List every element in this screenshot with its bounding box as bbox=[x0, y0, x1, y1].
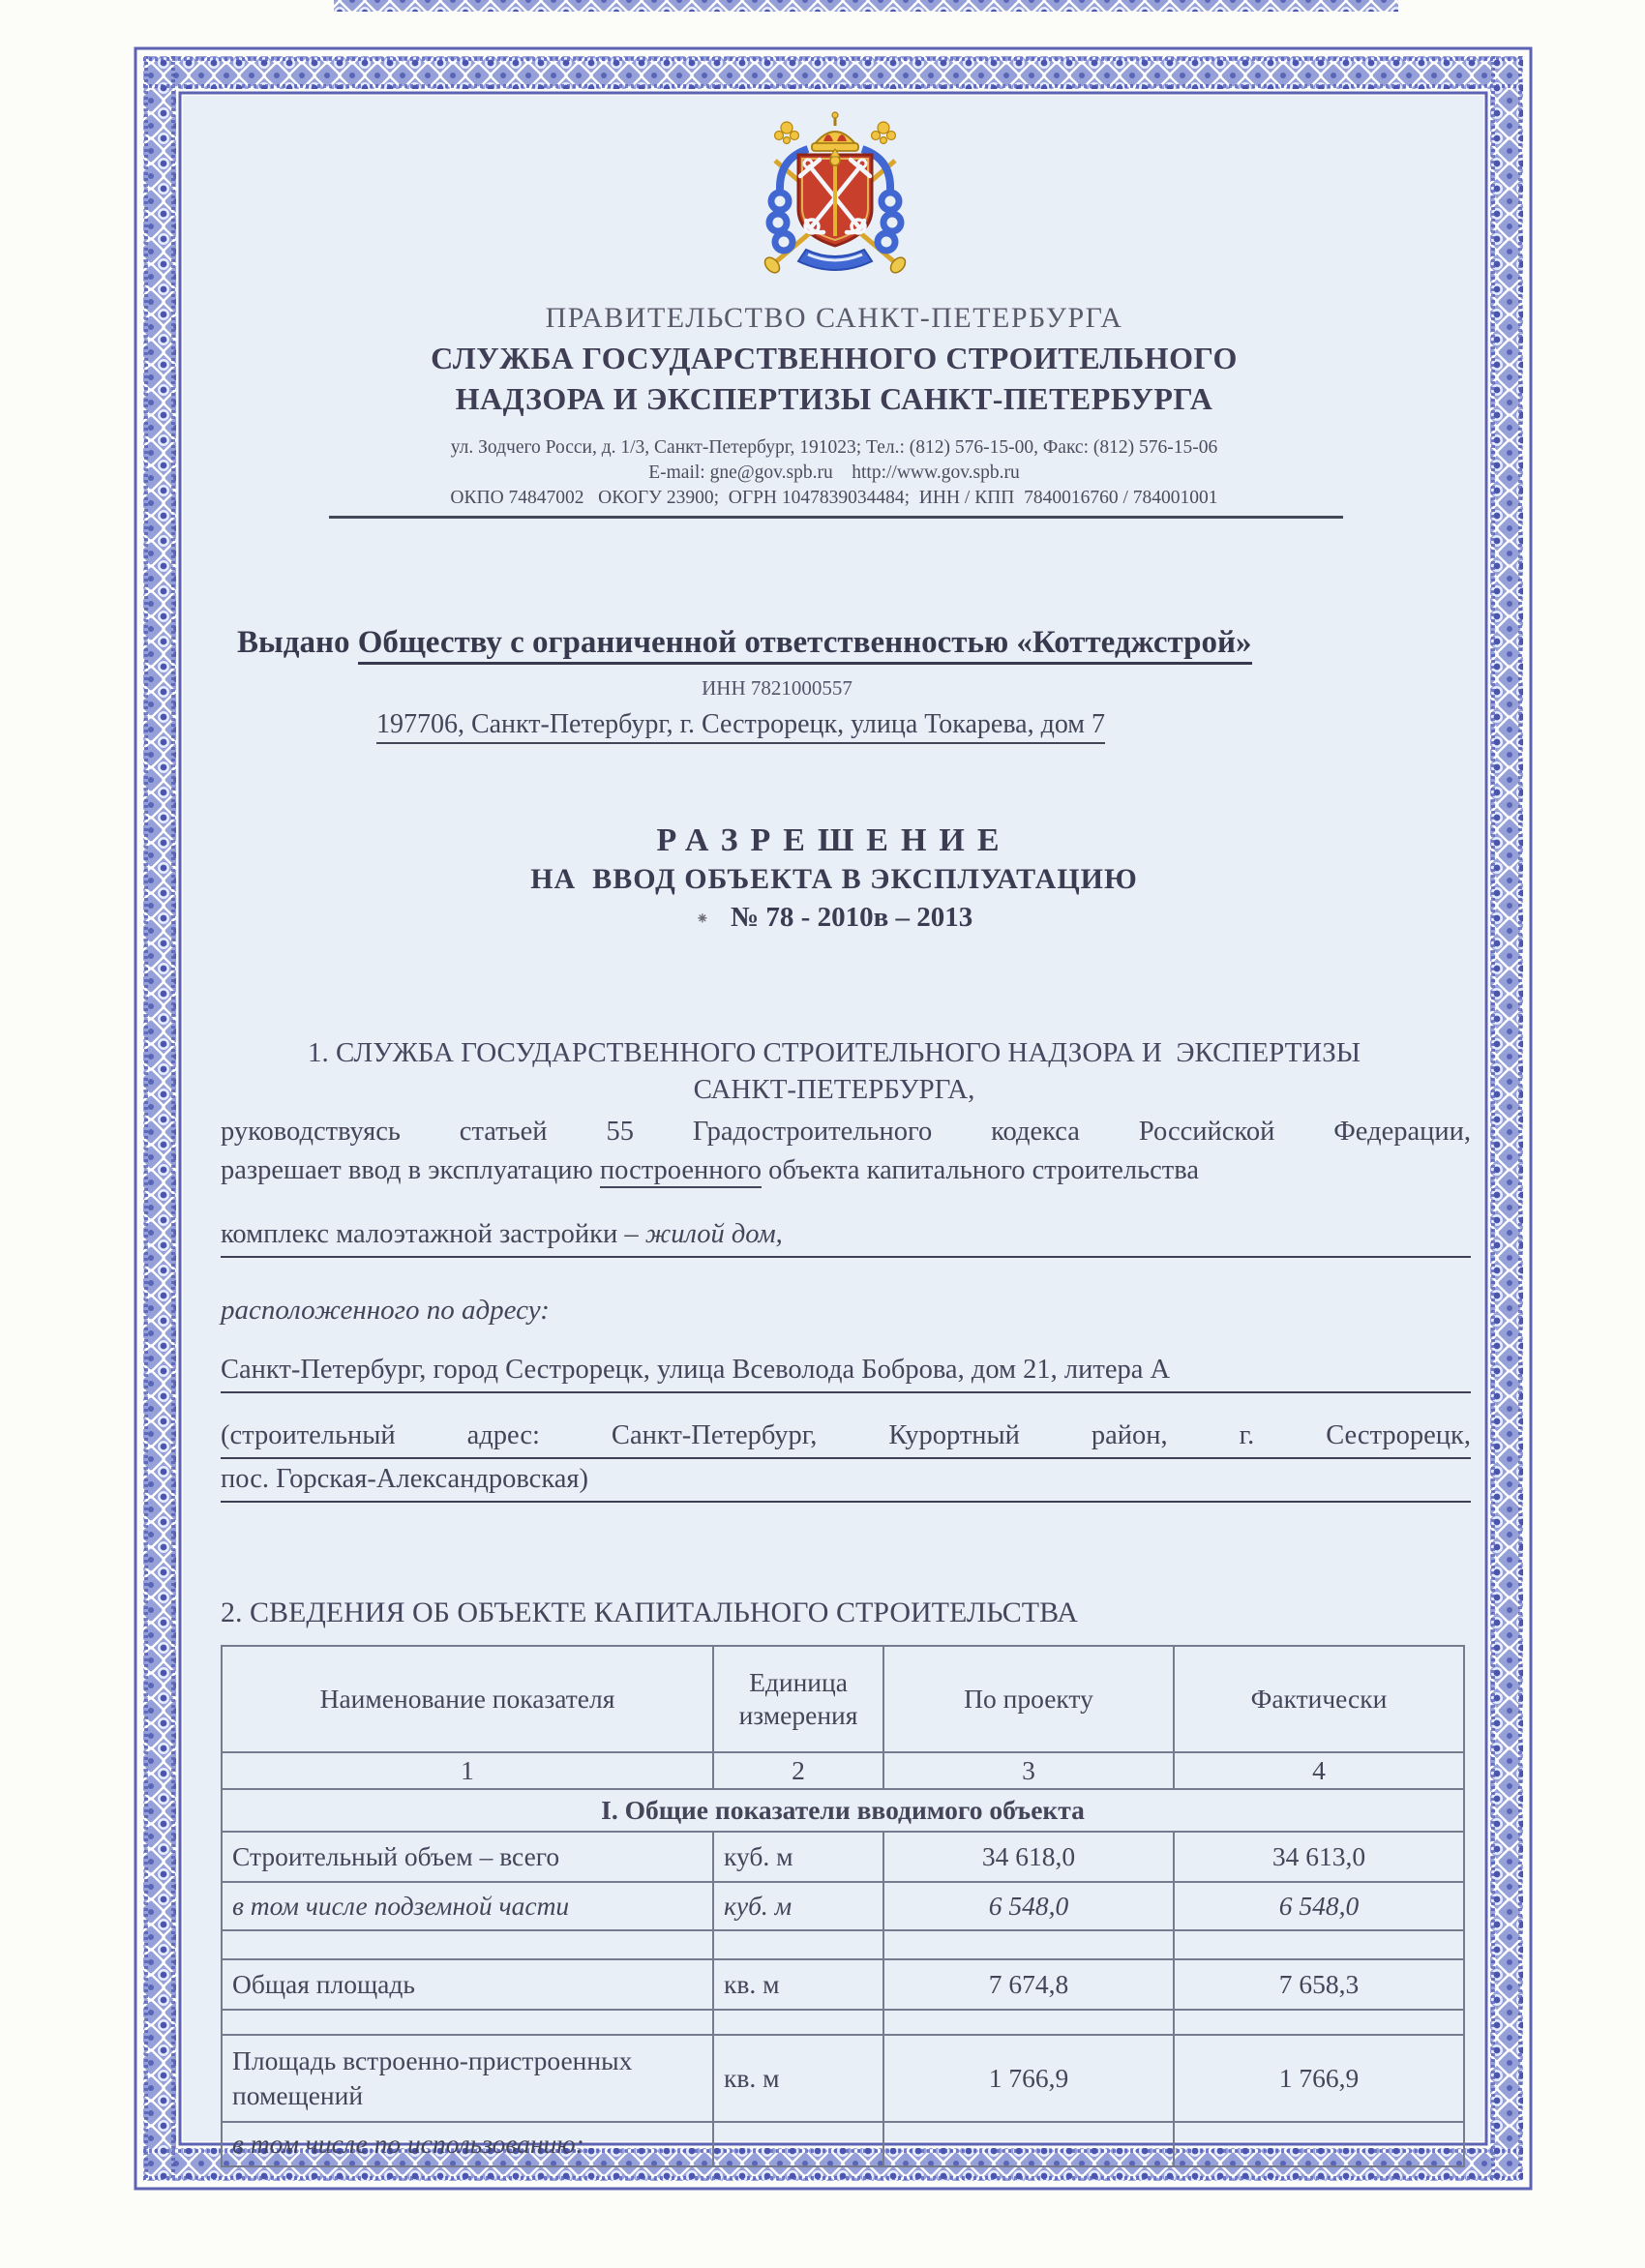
header-divider bbox=[329, 516, 1343, 519]
column-number-row: 1 2 3 4 bbox=[222, 1752, 1464, 1789]
document-subtitle: НА ВВОД ОБЪЕКТА В ЭКСПЛУАТАЦИЮ bbox=[184, 863, 1484, 896]
service-name-line2: НАДЗОРА И ЭКСПЕРТИЗЫ САНКТ-ПЕТЕРБУРГА bbox=[184, 381, 1484, 417]
document-title: РАЗРЕШЕНИЕ bbox=[184, 822, 1484, 859]
object-indicators-table: Наименование показателя Единица измерени… bbox=[221, 1645, 1465, 2167]
section2-heading: 2. СВЕДЕНИЯ ОБ ОБЪЕКТЕ КАПИТАЛЬНОГО СТРО… bbox=[221, 1597, 1471, 1629]
document-number: № 78 - 2010в – 2013 bbox=[731, 902, 972, 933]
col-header-unit: Единица измерения bbox=[713, 1646, 883, 1752]
section1-heading-line1: 1. СЛУЖБА ГОСУДАРСТВЕННОГО СТРОИТЕЛЬНОГО… bbox=[184, 1037, 1484, 1069]
government-title: ПРАВИТЕЛЬСТВО САНКТ-ПЕТЕРБУРГА bbox=[184, 302, 1484, 335]
table-header-row: Наименование показателя Единица измерени… bbox=[222, 1646, 1464, 1752]
table-row-empty bbox=[222, 1930, 1464, 1959]
org-email-line: E-mail: gne@gov.spb.ru http://www.gov.sp… bbox=[184, 463, 1484, 484]
spb-coat-of-arms bbox=[750, 108, 920, 283]
service-name-line1: СЛУЖБА ГОСУДАРСТВЕННОГО СТРОИТЕЛЬНОГО bbox=[184, 341, 1484, 376]
org-codes-line: ОКПО 74847002 ОКОГУ 23900; ОГРН 10478390… bbox=[184, 488, 1484, 509]
document-number-line: ⁕№ 78 - 2010в – 2013 bbox=[184, 902, 1484, 934]
col-header-indicator: Наименование показателя bbox=[222, 1646, 713, 1752]
stamp-mark: ⁕ bbox=[696, 910, 709, 928]
table-row: в том числе по использованию: bbox=[222, 2122, 1464, 2166]
table-row: Площадь встроенно-пристроенных помещений… bbox=[222, 2035, 1464, 2122]
table-row: в том числе подземной части куб. м 6 548… bbox=[222, 1882, 1464, 1930]
org-address-line: ул. Зодчего Росси, д. 1/3, Санкт-Петербу… bbox=[184, 437, 1484, 459]
object-description-line: комплекс малоэтажной застройки – жилой д… bbox=[221, 1219, 1471, 1258]
section1-paragraph2: разрешает ввод в эксплуатацию построенно… bbox=[221, 1155, 1471, 1186]
recipient-address: 197706, Санкт-Петербург, г. Сестрорецк, … bbox=[221, 709, 1261, 744]
table-row: Строительный объем – всего куб. м 34 618… bbox=[222, 1832, 1464, 1882]
col-header-actual: Фактически bbox=[1174, 1646, 1464, 1752]
located-at-label: расположенного по адресу: bbox=[221, 1295, 1471, 1327]
recipient-name: Обществу с ограниченной ответственностью… bbox=[358, 625, 1252, 665]
object-address-line: Санкт-Петербург, город Сестрорецк, улица… bbox=[221, 1355, 1471, 1393]
section1-paragraph1: руководствуясь статьей 55 Градостроитель… bbox=[221, 1117, 1471, 1148]
recipient-inn: ИНН 7821000557 bbox=[221, 676, 1333, 701]
built-word-underlined: построенного bbox=[600, 1155, 762, 1188]
object-description-italic: – жилой дом, bbox=[624, 1219, 782, 1249]
issued-to-line: Выдано Обществу с ограниченной ответстве… bbox=[237, 625, 1447, 661]
table-row: Общая площадь кв. м 7 674,8 7 658,3 bbox=[222, 1959, 1464, 2010]
col-header-project: По проекту bbox=[883, 1646, 1174, 1752]
table-row-empty bbox=[222, 2010, 1464, 2035]
issued-label: Выдано bbox=[237, 625, 358, 660]
permit-document: ПРАВИТЕЛЬСТВО САНКТ-ПЕТЕРБУРГА СЛУЖБА ГО… bbox=[0, 0, 1645, 2268]
table-section-row: I. Общие показатели вводимого объекта bbox=[222, 1789, 1464, 1832]
section-row-title: I. Общие показатели вводимого объекта bbox=[222, 1789, 1464, 1832]
construction-address-line1: (строительный адрес: Санкт-Петербург, Ку… bbox=[221, 1420, 1471, 1459]
construction-address-line2: пос. Горская-Александровская) bbox=[221, 1464, 1471, 1503]
section1-heading-line2: САНКТ-ПЕТЕРБУРГА, bbox=[184, 1074, 1484, 1106]
